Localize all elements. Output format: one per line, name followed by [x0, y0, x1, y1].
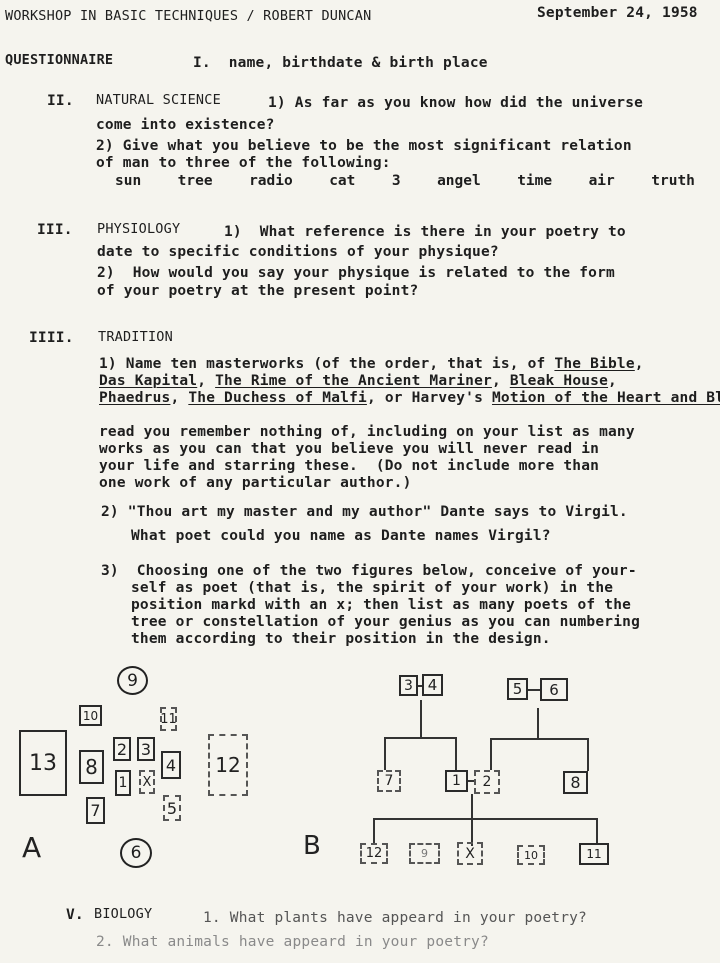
figure-a-box-5: 5	[163, 795, 181, 821]
section-5-numeral: V.	[66, 907, 84, 924]
figure-b-box-4: 4	[422, 674, 443, 696]
figure-b-label: B	[303, 832, 321, 860]
figure-a-label: A	[22, 833, 41, 863]
connector	[587, 738, 589, 771]
tradition-q1-line3: Phaedrus, The Duchess of Malfi, or Harve…	[99, 390, 720, 407]
work-rime-ancient-mariner: The Rime of the Ancient Mariner	[215, 373, 492, 389]
physiology-q1-line2: date to specific conditions of your phys…	[97, 244, 499, 261]
physiology-q2-line1: 2) How would you say your physique is re…	[97, 265, 615, 282]
figure-b-box-3: 3	[399, 675, 418, 696]
physiology-q1-line1: 1) What reference is there in your poetr…	[224, 224, 626, 241]
course-title: WORKSHOP IN BASIC TECHNIQUES / ROBERT DU…	[5, 8, 371, 25]
figure-a-box-7: 7	[86, 797, 105, 824]
natural-science-q1-line2: come into existence?	[96, 117, 275, 134]
figure-b-box-6: 6	[540, 678, 568, 701]
figure-a-box-2: 2	[113, 737, 131, 761]
tradition-q3-line5: them according to their position in the …	[131, 631, 551, 648]
word-truth: truth	[651, 173, 695, 189]
section-4-title: TRADITION	[98, 329, 173, 346]
figure-b-box-11: 11	[579, 843, 609, 865]
connector	[420, 700, 422, 737]
figure-a-box-x: X	[139, 770, 155, 794]
connector	[596, 818, 598, 843]
natural-science-word-list: sun tree radio cat 3 angel time air trut…	[115, 173, 695, 189]
connector	[490, 738, 588, 740]
tradition-q3-line4: tree or constellation of your genius as …	[131, 614, 640, 631]
physiology-q2-line2: of your poetry at the present point?	[97, 283, 418, 300]
figure-b-box-12: 12	[360, 843, 388, 864]
connector	[455, 737, 457, 770]
connector	[373, 818, 597, 820]
tradition-q1-line7: one work of any particular author.)	[99, 475, 412, 492]
work-das-kapital: Das Kapital	[99, 373, 197, 389]
work-phaedrus: Phaedrus	[99, 390, 170, 406]
figure-a-box-11: 11	[160, 707, 177, 731]
document-date: September 24, 1958	[537, 5, 698, 22]
figure-b-box-x: X	[457, 842, 483, 865]
tradition-q1-line1: 1) Name ten masterworks (of the order, t…	[99, 356, 644, 373]
word-cat: cat	[329, 173, 355, 189]
figure-b-box-9: 9	[409, 843, 440, 864]
tradition-q2-line1: 2) "Thou art my master and my author" Da…	[101, 504, 628, 521]
section-2-title: NATURAL SCIENCE	[96, 92, 221, 109]
natural-science-q2-line2: of man to three of the following:	[96, 155, 391, 172]
figure-b-box-10: 10	[517, 845, 545, 865]
tradition-q3-line2: self as poet (that is, the spirit of you…	[131, 580, 613, 597]
word-radio: radio	[249, 173, 293, 189]
biology-q1: 1. What plants have appeard in your poet…	[203, 910, 587, 927]
tradition-q1-line6: your life and starring these. (Do not in…	[99, 458, 599, 475]
natural-science-q2-line1: 2) Give what you believe to be the most …	[96, 138, 632, 155]
word-air: air	[589, 173, 615, 189]
figure-a-circle-6: 6	[120, 838, 152, 868]
questionnaire-label: QUESTIONNAIRE	[5, 52, 113, 69]
connector	[373, 818, 375, 844]
word-sun: sun	[115, 173, 141, 189]
connector	[528, 689, 540, 691]
section-3-title: PHYSIOLOGY	[97, 221, 180, 238]
section-1-name-birthdate: I. name, birthdate & birth place	[193, 55, 488, 72]
section-3-numeral: III.	[37, 222, 73, 239]
connector	[384, 737, 457, 739]
figure-a-circle-9: 9	[117, 666, 148, 695]
tradition-q3-line3: position markd with an x; then list as m…	[131, 597, 631, 614]
figure-a-box-12: 12	[208, 734, 248, 796]
section-2-numeral: II.	[47, 93, 74, 110]
figure-b-box-5: 5	[507, 678, 528, 700]
tradition-q1-line5: works as you can that you believe you wi…	[99, 441, 599, 458]
work-the-bible: The Bible	[554, 356, 634, 372]
figure-a-box-8: 8	[79, 750, 104, 784]
section-5-title: BIOLOGY	[94, 906, 152, 923]
work-duchess-of-malfi: The Duchess of Malfi	[188, 390, 367, 406]
word-angel: angel	[437, 173, 481, 189]
connector	[490, 738, 492, 770]
figure-b-box-8: 8	[563, 771, 588, 794]
word-time: time	[517, 173, 552, 189]
word-tree: tree	[178, 173, 213, 189]
work-bleak-house: Bleak House	[510, 373, 608, 389]
figure-a-box-13: 13	[19, 730, 67, 796]
word-3: 3	[392, 173, 401, 189]
figure-a-box-4: 4	[161, 751, 181, 779]
figure-b-box-7: 7	[377, 770, 401, 792]
section-4-numeral: IIII.	[29, 330, 74, 347]
connector	[471, 794, 473, 846]
figure-a-box-3: 3	[137, 737, 155, 761]
biology-q2: 2. What animals have appeard in your poe…	[96, 934, 489, 951]
work-motion-heart-blood: Motion of the Heart and Blood	[492, 390, 720, 406]
tradition-q3-line1: 3) Choosing one of the two figures below…	[101, 563, 637, 580]
tradition-q2-line2: What poet could you name as Dante names …	[131, 528, 551, 545]
tradition-q1-line4: read you remember nothing of, including …	[99, 424, 635, 441]
figure-b-box-1: 1	[445, 770, 468, 792]
tradition-q1-line2: Das Kapital, The Rime of the Ancient Mar…	[99, 373, 617, 390]
figure-a-box-1: 1	[115, 770, 131, 796]
connector	[384, 737, 386, 770]
figure-a-box-10: 10	[79, 705, 102, 726]
natural-science-q1-line1: 1) As far as you know how did the univer…	[268, 95, 643, 112]
connector	[537, 708, 539, 738]
figure-b-box-2: 2	[474, 770, 500, 794]
